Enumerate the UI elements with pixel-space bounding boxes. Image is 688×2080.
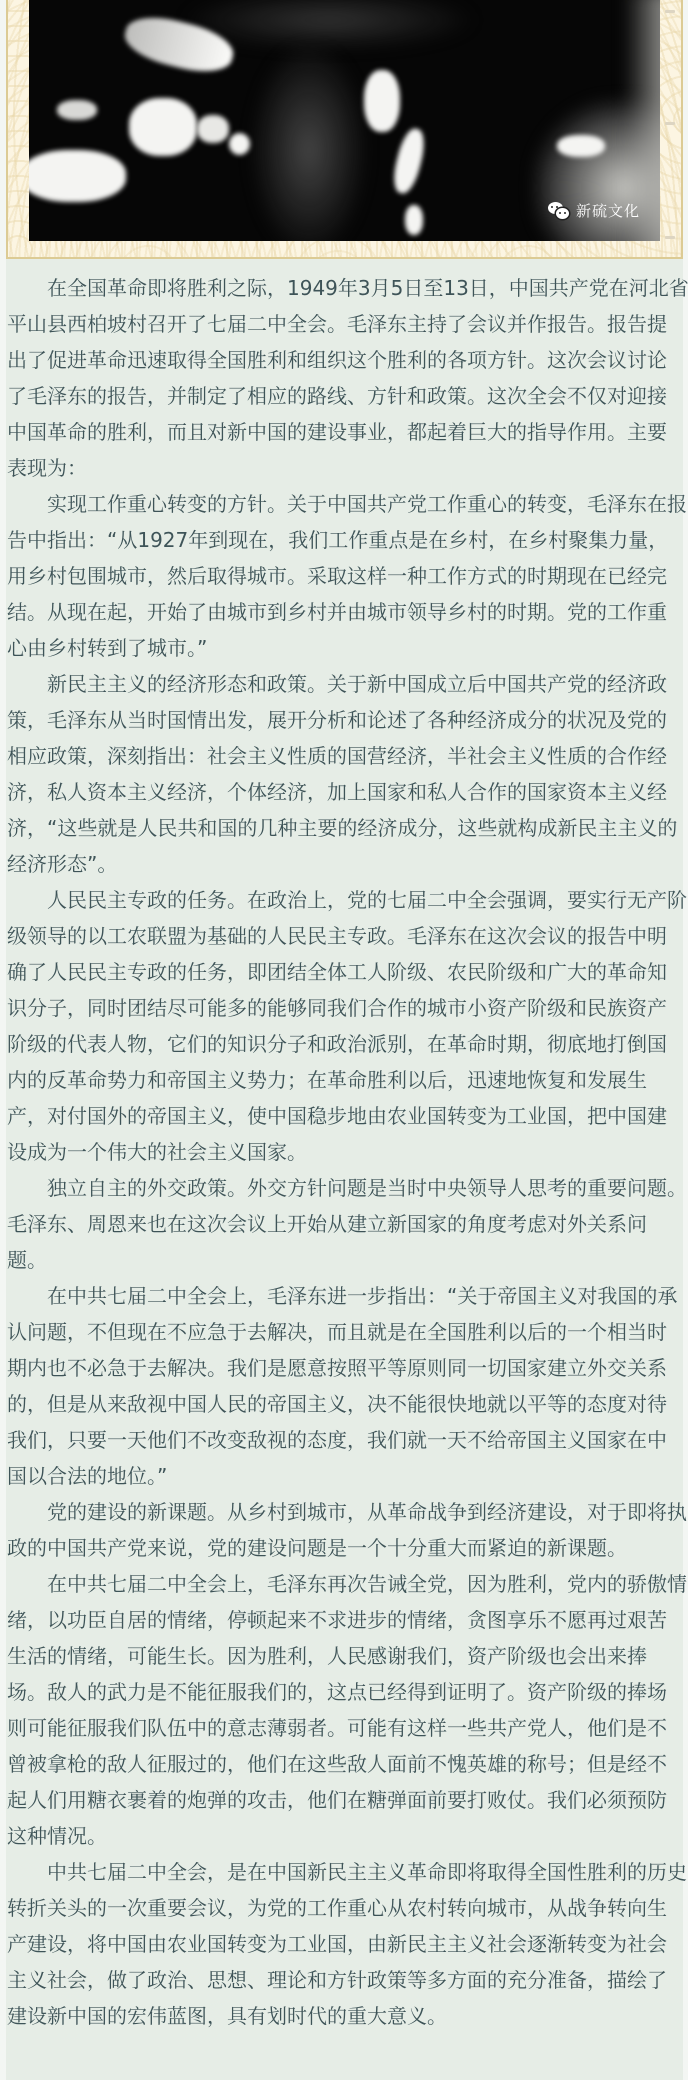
article-line: 题。	[7, 1242, 683, 1278]
article-line: 新民主主义的经济形态和政策。关于新中国成立后中国共产党的经济政	[7, 666, 683, 702]
article-line: 心由乡村转到了城市。”	[7, 630, 683, 666]
paragraph-conclusion: 中共七届二中全会，是在中国新民主主义革命即将取得全国性胜利的历史 转折关头的一次…	[7, 1854, 683, 2034]
article-line: 经济形态”。	[7, 846, 683, 882]
article-line: 表现为：	[7, 450, 683, 486]
photo-frame: 新硫文化	[6, 0, 683, 259]
article-line: 起人们用糖衣裹着的炮弹的攻击，他们在糖弹面前要打败仗。我们必须预防	[7, 1782, 683, 1818]
photo-highlight	[197, 115, 229, 143]
article-line: 主义社会，做了政治、思想、理论和方针政策等多方面的充分准备，描绘了	[7, 1962, 683, 1998]
article-line: 生活的情绪，可能生长。因为胜利，人民感谢我们，资产阶级也会出来捧	[7, 1638, 683, 1674]
article-line: 中国革命的胜利，而且对新中国的建设事业，都起着巨大的指导作用。主要	[7, 414, 683, 450]
article-line: 结。从现在起，开始了由城市到乡村并由城市领导乡村的时期。党的工作重	[7, 594, 683, 630]
article-line: 用乡村包围城市，然后取得城市。采取这样一种工作方式的时期现在已经完	[7, 558, 683, 594]
frame-decoration-mark	[665, 122, 675, 125]
watermark: 新硫文化	[548, 199, 640, 223]
paragraph-party-building: 党的建设的新课题。从乡村到城市，从革命战争到经济建设，对于即将执 政的中国共产党…	[7, 1494, 683, 1566]
article-line: 实现工作重心转变的方针。关于中国共产党工作重心的转变，毛泽东在报	[7, 486, 683, 522]
photo-highlight	[29, 150, 126, 202]
photo-highlight	[229, 133, 250, 155]
article-line: 党的建设的新课题。从乡村到城市，从革命战争到经济建设，对于即将执	[7, 1494, 683, 1530]
article-line: 产，对付国外的帝国主义，使中国稳步地由农业国转变为工业国，把中国建	[7, 1098, 683, 1134]
wechat-icon	[548, 201, 570, 221]
article-column: 新硫文化 在全国革命即将胜利之际，1949年3月5日至13日，中国共产党在河北省…	[6, 0, 683, 2080]
article-line: 这种情况。	[7, 1818, 683, 1854]
article-line: 策，毛泽东从当时国情出发，展开分析和论述了各种经济成分的状况及党的	[7, 702, 683, 738]
article-line: 在中共七届二中全会上，毛泽东进一步指出：“关于帝国主义对我国的承	[7, 1278, 683, 1314]
article-line: 场。敌人的武力是不能征服我们的，这点已经得到证明了。资产阶级的捧场	[7, 1674, 683, 1710]
photo-highlight	[364, 70, 400, 132]
photo-floor-shade	[249, 40, 369, 241]
article-line: 国以合法的地位。”	[7, 1458, 683, 1494]
article-line: 曾被拿枪的敌人征服过的，他们在这些敌人面前不愧英雄的称号；但是经不	[7, 1746, 683, 1782]
paragraph-introduction: 在全国革命即将胜利之际，1949年3月5日至13日，中国共产党在河北省 平山县西…	[7, 270, 683, 486]
frame-decoration-mark	[665, 236, 675, 239]
article-line: 内的反革命势力和帝国主义势力；在革命胜利以后，迅速地恢复和发展生	[7, 1062, 683, 1098]
frame-decoration-mark	[665, 10, 675, 13]
paragraph-party-warning: 在中共七届二中全会上，毛泽东再次告诫全党，因为胜利，党内的骄傲情 绪，以功臣自居…	[7, 1566, 683, 1854]
article-line: 阶级的代表人物，它们的知识分子和政治派别，在革命时期，彻底地打倒国	[7, 1026, 683, 1062]
article-line: 级领导的以工农联盟为基础的人民民主专政。毛泽东在这次会议的报告中明	[7, 918, 683, 954]
article-line: 则可能征服我们队伍中的意志薄弱者。可能有这样一些共产党人，他们是不	[7, 1710, 683, 1746]
paragraph-peoples-dictatorship: 人民民主专政的任务。在政治上，党的七届二中全会强调，要实行无产阶 级领导的以工农…	[7, 882, 683, 1170]
paragraph-work-focus-shift: 实现工作重心转变的方针。关于中国共产党工作重心的转变，毛泽东在报 告中指出：“从…	[7, 486, 683, 666]
article-line: 的，但是从来敌视中国人民的帝国主义，决不能很快地就以平等的态度对待	[7, 1386, 683, 1422]
photo-highlight	[129, 98, 197, 156]
article-line: 人民民主专政的任务。在政治上，党的七届二中全会强调，要实行无产阶	[7, 882, 683, 918]
article-line: 期内也不必急于去解决。我们是愿意按照平等原则同一切国家建立外交关系	[7, 1350, 683, 1386]
article-line: 转折关头的一次重要会议，为党的工作重心从农村转向城市，从战争转向生	[7, 1890, 683, 1926]
article-line: 政的中国共产党来说，党的建设问题是一个十分重大而紧迫的新课题。	[7, 1530, 683, 1566]
article-line: 我们，只要一天他们不改变敌视的态度，我们就一天不给帝国主义国家在中	[7, 1422, 683, 1458]
article-line: 独立自主的外交政策。外交方针问题是当时中央领导人思考的重要问题。	[7, 1170, 683, 1206]
paragraph-foreign-policy: 独立自主的外交政策。外交方针问题是当时中央领导人思考的重要问题。 毛泽东、周恩来…	[7, 1170, 683, 1278]
photo-highlight	[389, 126, 428, 196]
article-line: 济，私人资本主义经济，个体经济，加上国家和私人合作的国家资本主义经	[7, 774, 683, 810]
article-line: 中共七届二中全会，是在中国新民主主义革命即将取得全国性胜利的历史	[7, 1854, 683, 1890]
article-line: 出了促进革命迅速取得全国胜利和组织这个胜利的各项方针。这次会议讨论	[7, 342, 683, 378]
article-line: 绪，以功臣自居的情绪，停顿起来不求进步的情绪，贪图享乐不愿再过艰苦	[7, 1602, 683, 1638]
watermark-text: 新硫文化	[576, 199, 640, 223]
article-line: 告中指出：“从1927年到现在，我们工作重点是在乡村，在乡村聚集力量，	[7, 522, 683, 558]
photo-highlight	[405, 205, 423, 235]
article-line: 相应政策，深刻指出：社会主义性质的国营经济，半社会主义性质的合作经	[7, 738, 683, 774]
article-line: 识分子，同时团结尽可能多的能够同我们合作的城市小资产阶级和民族资产	[7, 990, 683, 1026]
article-line: 毛泽东、周恩来也在这次会议上开始从建立新国家的角度考虑对外关系问	[7, 1206, 683, 1242]
article-body: 在全国革命即将胜利之际，1949年3月5日至13日，中国共产党在河北省 平山县西…	[7, 270, 683, 2034]
article-line: 建设新中国的宏伟蓝图，具有划时代的重大意义。	[7, 1998, 683, 2034]
article-line: 设成为一个伟大的社会主义国家。	[7, 1134, 683, 1170]
article-line: 确了人民民主专政的任务，即团结全体工人阶级、农民阶级和广大的革命知	[7, 954, 683, 990]
photo-highlight	[57, 100, 97, 120]
article-line: 平山县西柏坡村召开了七届二中全会。毛泽东主持了会议并作报告。报告提	[7, 306, 683, 342]
paragraph-economic-policy: 新民主主义的经济形态和政策。关于新中国成立后中国共产党的经济政 策，毛泽东从当时…	[7, 666, 683, 882]
article-line: 产建设，将中国由农业国转变为工业国，由新民主主义社会逐渐转变为社会	[7, 1926, 683, 1962]
article-line: 济，“这些就是人民共和国的几种主要的经济成分，这些就构成新民主主义的	[7, 810, 683, 846]
photo-highlight	[557, 135, 605, 157]
article-line: 认问题，不但现在不应急于去解决，而且就是在全国胜利以后的一个相当时	[7, 1314, 683, 1350]
paragraph-foreign-policy-quote: 在中共七届二中全会上，毛泽东进一步指出：“关于帝国主义对我国的承 认问题，不但现…	[7, 1278, 683, 1494]
historical-photo: 新硫文化	[29, 0, 660, 241]
article-line: 了毛泽东的报告，并制定了相应的路线、方针和政策。这次全会不仅对迎接	[7, 378, 683, 414]
article-line: 在全国革命即将胜利之际，1949年3月5日至13日，中国共产党在河北省	[7, 270, 683, 306]
article-line: 在中共七届二中全会上，毛泽东再次告诫全党，因为胜利，党内的骄傲情	[7, 1566, 683, 1602]
